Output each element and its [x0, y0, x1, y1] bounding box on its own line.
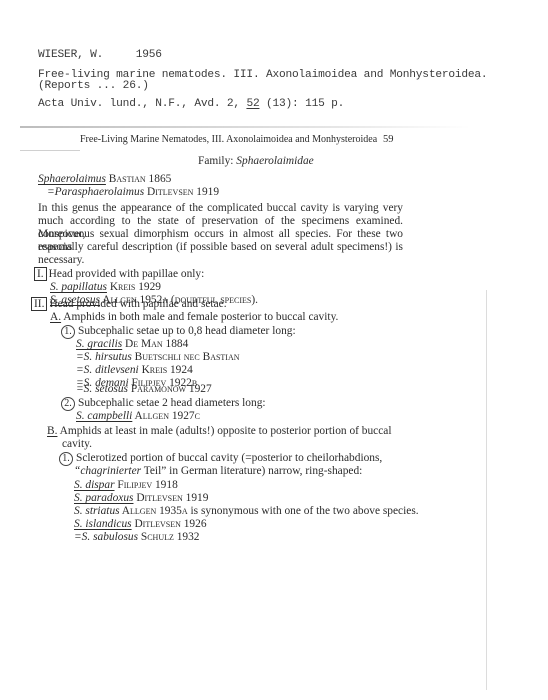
key-B1-species-2: S. paradoxus Ditlevsen 1919: [74, 492, 208, 505]
genus-heading: Sphaerolaimus Bastian 1865: [38, 173, 171, 186]
running-head: Free-Living Marine Nematodes, III. Axono…: [80, 133, 377, 146]
intro-line-4: especially careful description (if possi…: [38, 241, 403, 254]
key-B1-label: 1.: [59, 452, 73, 466]
intro-line-5: necessary.: [38, 254, 84, 267]
key-A1-synonym-1: =S. hirsutus Buetschli nec Bastian: [76, 351, 240, 364]
key-B1-synonym: =S. sabulosus Schulz 1932: [74, 531, 200, 544]
key-A1-label: 1.: [61, 325, 75, 339]
key-II-label: II.: [31, 297, 47, 311]
key-A2-species: S. campbelli Allgen 1927c: [76, 410, 200, 423]
key-A1-species: S. gracilis De Man 1884: [76, 338, 188, 351]
key-A2-label: 2.: [61, 397, 75, 411]
intro-line-1: In this genus the appearance of the comp…: [38, 202, 403, 215]
key-B1-species-1: S. dispar Filipjev 1918: [74, 479, 178, 492]
key-B1-species-3: S. islandicus Ditlevsen 1926: [74, 518, 207, 531]
page-number: 59: [383, 133, 394, 146]
key-B-label: B.: [47, 425, 57, 437]
family-heading: Family: Sphaerolaimidae: [198, 155, 314, 168]
key-I: I.Head provided with papillae only:: [34, 267, 204, 281]
key-II-line: II.Head provided with papillae and setae…: [31, 297, 227, 311]
key-A-label: A.: [50, 311, 61, 323]
key-B1: 1.Sclerotized portion of buccal cavity (…: [59, 452, 382, 466]
key-A1-synonym-4: =S. setosus Paramonow 1927: [76, 383, 212, 396]
key-A2: 2.Subcephalic setae 2 head diameters lon…: [61, 397, 266, 411]
key-I-species-1: S. papillatus Kreis 1929: [50, 281, 161, 294]
key-B1-line-2: “chagrinierter Teil” in German literatur…: [74, 465, 362, 478]
key-A: A. Amphids in both male and female poste…: [50, 311, 338, 324]
genus-synonym: =Parasphaerolaimus Ditlevsen 1919: [47, 186, 219, 199]
key-A1-synonym-2: =S. ditlevseni Kreis 1924: [76, 364, 193, 377]
key-B: B. Amphids at least in male (adults!) op…: [47, 425, 392, 438]
scanned-page: Free-Living Marine Nematodes, III. Axono…: [0, 0, 548, 700]
key-B1-note: S. striatus Allgen 1935a is synonymous w…: [74, 505, 419, 518]
key-A1: 1.Subcephalic setae up to 0,8 head diame…: [61, 325, 296, 339]
key-B-line-2: cavity.: [62, 438, 92, 451]
key-I-label: I.: [34, 267, 47, 281]
